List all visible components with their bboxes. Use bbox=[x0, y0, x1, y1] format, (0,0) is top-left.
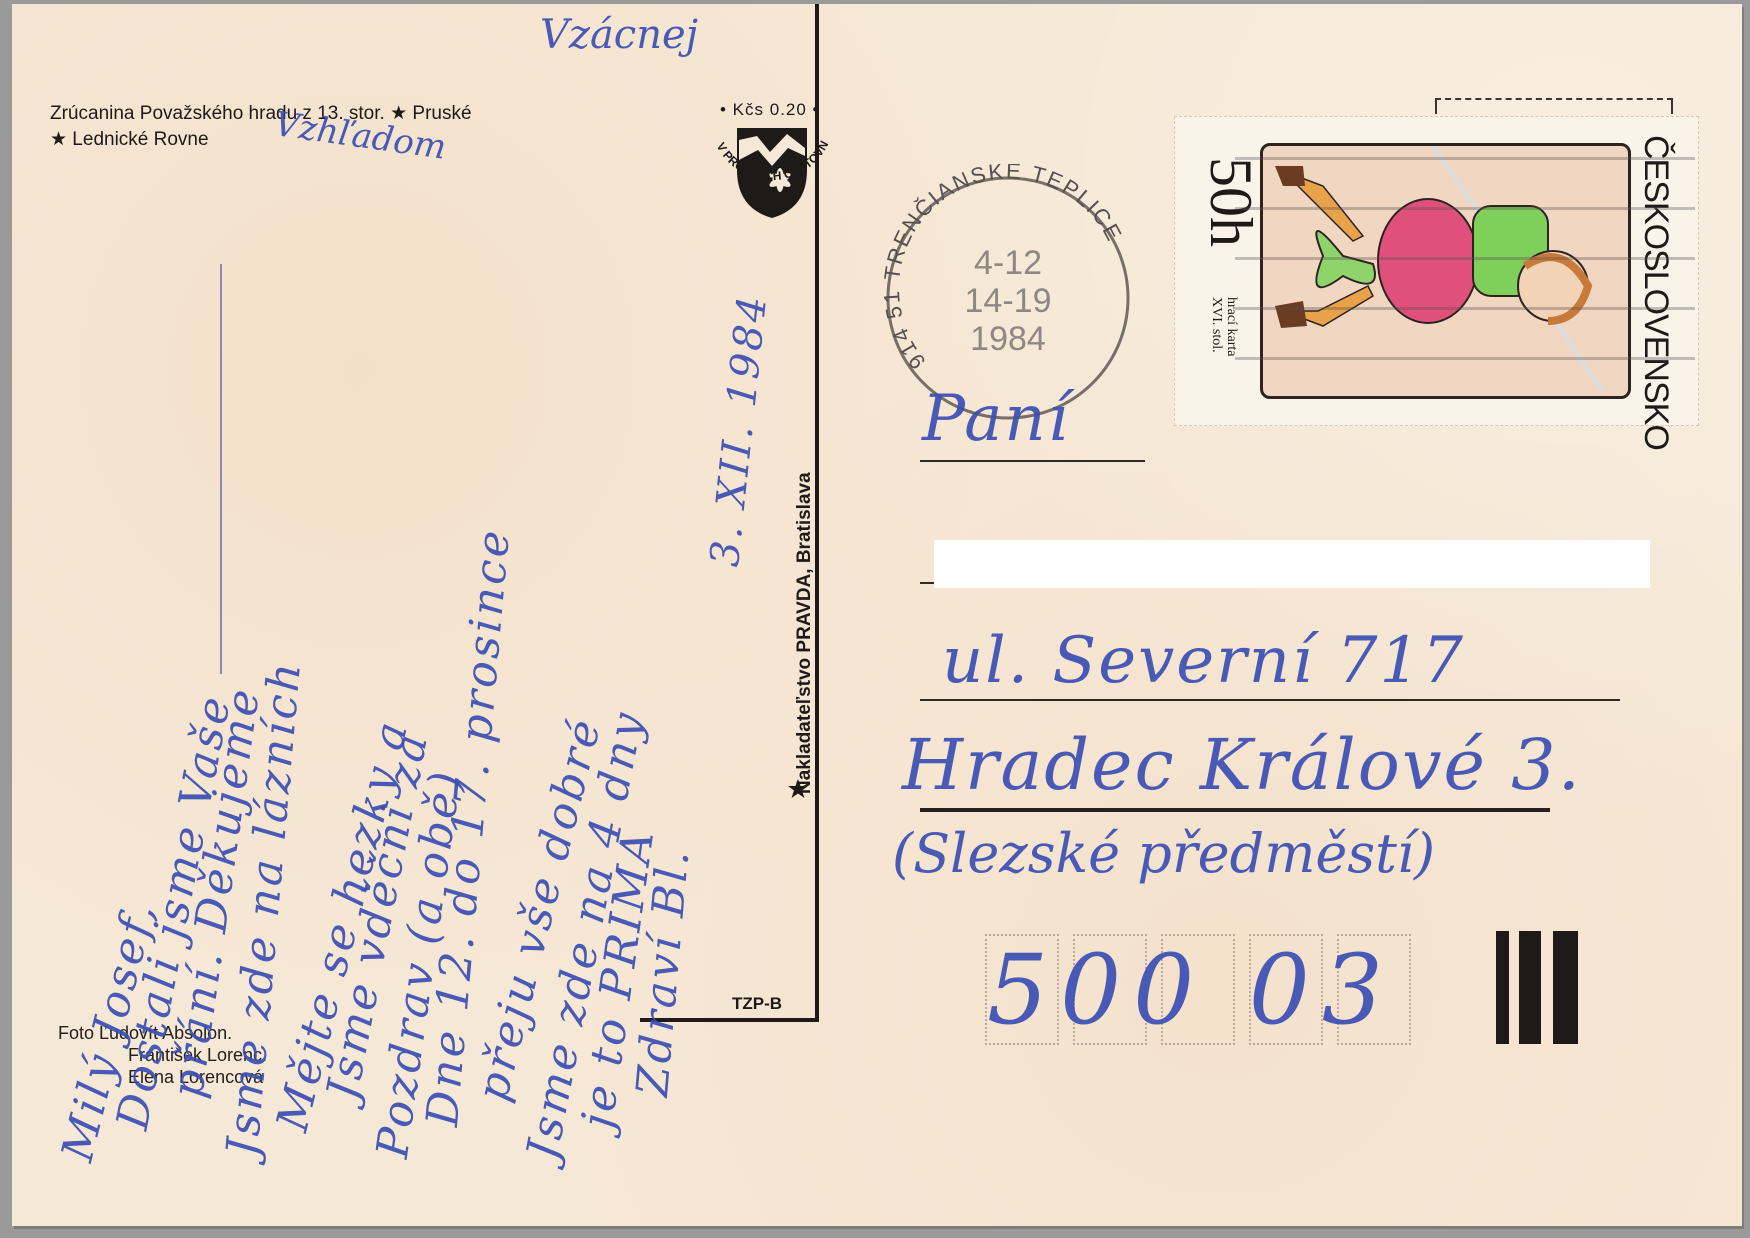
address-city: Hradec Králové 3. bbox=[902, 724, 1582, 806]
address-line-4 bbox=[920, 808, 1550, 812]
address-line-3 bbox=[920, 699, 1620, 701]
stamp-subtitle: hrací karta XVI. stol. bbox=[1209, 297, 1239, 356]
postal-code: 500 03 bbox=[987, 934, 1395, 1046]
cancellation-line bbox=[1235, 207, 1695, 210]
cancellation-line bbox=[1235, 307, 1695, 310]
caption-line-2: ★ Lednické Rovne bbox=[50, 128, 209, 151]
postage-stamp: 50h ČESKOSLOVENSKO hrací karta XVI. stol… bbox=[1174, 116, 1699, 426]
cancellation-line bbox=[1235, 157, 1695, 160]
svg-text:14-19: 14-19 bbox=[965, 282, 1052, 320]
handwritten-date: 3. XII. 1984 bbox=[702, 291, 776, 568]
address-line-1 bbox=[920, 460, 1145, 462]
card-code: TZP-B bbox=[732, 994, 782, 1014]
postcard-back: Zrúcanina Považského hradu z 13. stor. ★… bbox=[12, 4, 1742, 1226]
postal-bar bbox=[1553, 931, 1578, 1044]
svg-text:4-12: 4-12 bbox=[974, 244, 1042, 282]
pravda-star-logo-icon bbox=[787, 778, 809, 800]
cancellation-line bbox=[1235, 357, 1695, 360]
handwritten-stroke bbox=[220, 264, 222, 674]
publisher-imprint: Nakladateľstvo PRAVDA, Bratislava bbox=[794, 472, 816, 794]
handwritten-top-note: Vzácnej bbox=[540, 12, 698, 58]
stamp-country: ČESKOSLOVENSKO bbox=[1636, 135, 1675, 450]
stamp-denomination: 50h bbox=[1196, 157, 1265, 247]
redacted-name bbox=[934, 540, 1650, 588]
postal-bar bbox=[1496, 931, 1509, 1044]
address-street: ul. Severní 717 bbox=[942, 624, 1465, 698]
mountain-edelweiss-shield-icon: V PROSPECH CESTOVNÉHO RUCHU bbox=[702, 100, 842, 235]
stamp-illustration bbox=[1260, 143, 1631, 399]
cancellation-line bbox=[1235, 257, 1695, 260]
svg-text:1984: 1984 bbox=[970, 320, 1046, 358]
stamp-placement-bracket bbox=[1435, 98, 1673, 114]
postal-bar bbox=[1519, 931, 1541, 1044]
address-district: (Slezské předměstí) bbox=[892, 822, 1435, 885]
address-salutation: Paní bbox=[922, 382, 1070, 456]
